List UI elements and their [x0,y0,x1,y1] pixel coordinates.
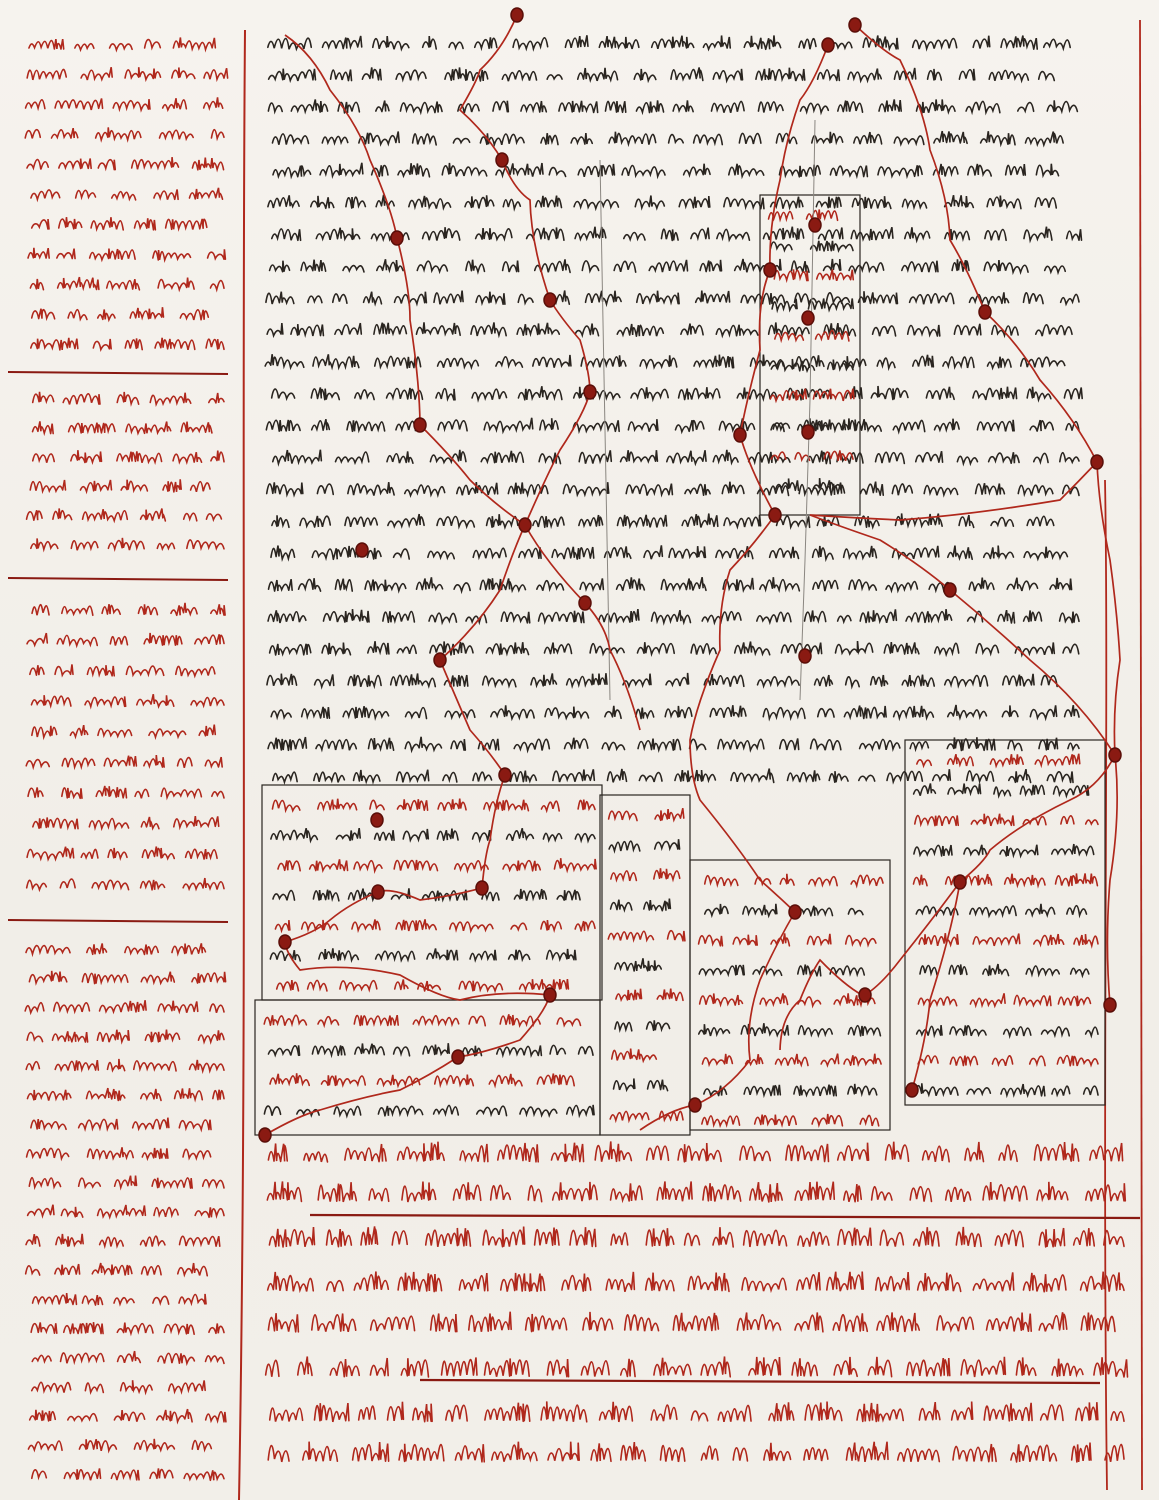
scribble-word [397,645,416,654]
scribble-word [434,1105,459,1114]
scribble-word [27,633,47,645]
scribble-word [1061,816,1074,824]
scribble-word [948,705,987,718]
scribble-word [703,1183,741,1201]
scribble-word [27,160,48,170]
scribble-word [699,935,723,945]
scribble-word [388,514,424,526]
scribble-word [69,423,115,433]
scribble-word [436,389,455,400]
scribble-word [470,950,496,960]
scribble-word [1009,769,1031,782]
scribble-word [1067,229,1082,240]
scribble-word [492,1442,537,1462]
scribble-word [828,360,853,370]
scribble-word [694,355,734,368]
scribble-word [465,195,494,208]
scribble-word [989,70,1028,80]
scribble-word [150,393,191,405]
scribble-word [959,515,974,527]
scribble-word [813,546,834,559]
scribble-word [537,1074,574,1086]
scribble-word [830,166,867,177]
scribble-word [268,610,306,623]
scribble-word [758,677,800,687]
scribble-word [578,800,595,810]
scribble-word [1084,1086,1098,1095]
scribble-word [952,1402,973,1421]
scribble-word [503,261,519,272]
scribble-word [491,1185,511,1200]
scribble-word [459,1273,487,1291]
scribble-word [172,68,195,79]
scribble-word [1027,516,1054,526]
scribble-word [541,920,561,930]
scribble-word [652,610,691,623]
scribble-word [273,450,322,464]
scribble-word [1052,844,1094,854]
scribble-word [108,538,144,550]
scribble-word [753,967,782,976]
scribble-word [917,760,931,766]
scribble-word [916,451,943,462]
scribble-word [108,848,127,858]
scribble-word [981,131,1015,145]
scribble-word [33,818,78,829]
scribble-word [117,392,138,404]
scribble-word [873,326,896,336]
scribble-word [395,292,427,304]
scribble-word [359,1406,376,1420]
scribble-word [377,259,403,271]
route-node-dot [802,311,814,325]
scribble-word [348,675,381,687]
scribble-word [359,131,399,144]
scribble-word [557,890,580,900]
scribble-word [272,515,289,527]
scribble-word [581,1361,609,1377]
scribble-word [1067,906,1087,916]
scribble-word [270,950,300,961]
scribble-word [967,771,994,781]
scribble-word [696,291,730,304]
scribble-word [1058,996,1090,1006]
scribble-word [98,1205,146,1217]
scribble-word [443,773,457,783]
scribble-word [32,726,57,737]
scribble-word [848,69,881,81]
scribble-word [437,517,474,527]
scribble-word [537,581,564,591]
scribble-word [950,1025,986,1035]
scribble-word [580,578,603,589]
scribble-word [565,738,588,749]
scribble-word [813,581,838,592]
scribble-word [871,386,908,399]
scribble-word [60,879,75,888]
scribble-word [371,1316,415,1331]
scribble-word [271,710,291,718]
scribble-word [485,1358,530,1376]
scribble-word [835,641,872,654]
scribble-word [179,1120,211,1130]
scribble-word [144,633,182,645]
scribble-word [498,1143,538,1162]
scribble-word [361,1226,378,1245]
route-node-dot [371,813,383,827]
scribble-word [211,451,224,462]
scribble-word [473,830,491,840]
scribble-word [511,923,527,929]
scribble-word [733,1448,747,1461]
scribble-word [860,1115,878,1125]
scribble-word [1037,1182,1068,1200]
scribble-word [669,546,705,558]
scribble-word [605,546,631,558]
scribble-word [1052,1359,1083,1377]
scribble-word [628,419,658,431]
right-border-line [1140,20,1142,1490]
scribble-word [206,1412,226,1422]
scribble-word [52,128,78,138]
column-divider [239,30,245,1500]
scribble-word [918,997,956,1006]
scribble-word [916,99,955,113]
scribble-word [756,68,805,81]
scribble-word [769,322,809,335]
scribble-word [87,944,107,955]
scribble-word [312,1314,356,1332]
scribble-word [983,1182,1027,1201]
scribble-word [211,130,224,139]
scribble-word [907,1358,950,1376]
scribble-word [153,1296,169,1304]
scribble-word [959,69,974,80]
scribble-word [445,710,475,718]
scribble-word [639,773,662,782]
scribble-word [702,1116,740,1126]
scribble-word [685,484,710,495]
scribble-word [423,36,437,49]
scribble-word [204,68,228,79]
scribble-word [961,1357,1005,1377]
scribble-word [799,39,816,49]
scribble-word [906,609,952,622]
scribble-word [679,196,710,208]
scribble-word [821,1054,839,1066]
scribble-word [431,1314,457,1332]
scribble-word [370,1358,388,1376]
scribble-word [397,770,429,783]
scribble-word [133,1118,169,1130]
scribble-word [466,260,485,272]
scribble-word [322,36,361,49]
scribble-word [130,307,163,318]
scribble-word [149,729,186,737]
scribble-word [278,860,300,870]
scribble-word [417,261,447,271]
scribble-word [88,1147,134,1159]
scribble-word [815,675,833,686]
scribble-word [655,839,680,849]
scribble-word [548,1442,579,1462]
scribble-word [795,1312,823,1331]
scribble-word [805,1402,842,1421]
scribble-word [769,1402,794,1421]
scribble-word [797,1272,820,1290]
scribble-word [636,100,663,112]
scribble-word [368,641,389,654]
scribble-word [180,1236,220,1246]
scribble-word [373,36,409,49]
scribble-word [647,1020,670,1030]
scribble-word [32,1470,47,1479]
scribble-word [318,799,357,810]
scribble-word [848,909,863,915]
scribble-word [833,1313,867,1332]
scribble-word [1074,1228,1095,1246]
scribble-word [681,324,703,335]
scribble-word [826,293,849,303]
scribble-word [1030,705,1056,718]
scribble-word [634,69,656,81]
scribble-word [777,516,810,527]
scribble-word [914,1227,939,1246]
scribble-word [705,904,728,915]
scribble-word [1011,1444,1057,1462]
scribble-word [383,611,415,622]
scribble-word [80,480,111,492]
scribble-word [902,675,934,687]
scribble-word [816,197,841,208]
scribble-word [595,1141,631,1161]
scribble-word [800,103,828,112]
scribble-word [145,1030,179,1042]
scribble-word [711,101,744,112]
scribble-word [541,801,559,811]
route-node-dot [452,1050,464,1064]
scribble-word [86,1088,124,1100]
scribble-word [271,546,295,559]
scribble-word [186,849,217,859]
scribble-word [991,518,1013,527]
scribble-word [737,1312,780,1330]
scribble-word [70,725,87,737]
scribble-word [969,578,994,592]
scribble-word [154,1208,178,1217]
scribble-word [948,754,974,766]
scribble-word [398,1142,445,1161]
route-node-dot [279,935,291,949]
scribble-word [96,786,126,798]
scribble-word [347,420,385,431]
scribble-word [318,1182,356,1202]
scribble-word [61,1353,104,1363]
scribble-word [173,38,215,50]
scribble-word [26,1266,40,1275]
scribble-word [1003,674,1034,686]
scribble-word [654,868,680,879]
scribble-word [976,483,1005,494]
scribble-word [591,1443,611,1461]
scribble-word [666,673,689,686]
scribble-word [455,1444,484,1462]
scribble-word [469,1312,511,1332]
scribble-word [471,322,506,336]
scribble-word [637,642,674,654]
scribble-word [543,833,561,840]
scribble-word [211,604,225,615]
scribble-word [472,389,506,400]
scribble-word [409,196,451,209]
scribble-word [1060,453,1079,463]
scribble-word [476,228,512,239]
scribble-word [153,250,191,260]
scribble-word [579,515,603,526]
scribble-word [621,1359,635,1377]
scribble-word [446,1405,467,1421]
scribble-word [438,799,466,811]
scribble-word [740,1146,770,1161]
scribble-word [31,338,78,350]
scribble-word [637,291,679,304]
scribble-word [473,548,506,558]
scribble-word [1030,420,1053,431]
route-node-dot [1109,748,1121,762]
scribble-word [485,1403,530,1422]
scribble-word [844,1054,881,1065]
scribble-word [902,261,938,273]
scribble-word [486,642,528,654]
scribble-word [519,547,541,558]
scribble-word [27,847,74,860]
scribble-word [945,229,970,240]
scribble-word [859,775,875,781]
scribble-word [31,1322,57,1333]
scribble-word [369,738,394,750]
scribble-word [126,422,171,434]
scribble-word [264,1106,280,1116]
scribble-word [272,800,299,810]
scribble-word [1057,1056,1098,1066]
scribble-word [946,1187,971,1201]
scribble-word [992,1056,1012,1066]
scribble-word [387,451,413,463]
scribble-word [322,136,347,143]
underline [420,1380,1100,1383]
scribble-word [142,847,174,859]
scribble-word [206,1356,224,1364]
scribble-word [744,35,780,49]
scribble-word [682,514,718,528]
scribble-word [61,1207,82,1217]
scribble-word [540,418,558,430]
scribble-word [311,387,339,399]
scribble-word [1052,1086,1070,1095]
scribble-word [355,390,374,400]
scribble-word [575,834,595,841]
scribble-word [760,993,787,1004]
scribble-word [704,674,744,687]
scribble-word [55,664,73,675]
scribble-word [631,387,668,399]
scribble-word [610,1111,649,1120]
scribble-word [691,644,716,655]
scribble-word [1041,1405,1063,1421]
scribble-word [846,936,876,945]
scribble-word [858,291,897,303]
scribble-word [918,1273,961,1292]
scribble-word [83,509,128,521]
scribble-word [62,758,95,767]
scribble-word [807,934,830,945]
scribble-word [100,1000,147,1012]
scribble-word [671,67,703,80]
scribble-word [924,486,957,496]
scribble-word [192,1441,211,1450]
scribble-word [1072,1443,1091,1462]
scribble-word [71,541,98,551]
scribble-word [210,281,224,290]
scribble-word [1086,1027,1098,1036]
scribble-word [26,100,45,109]
scribble-word [125,945,158,955]
scribble-word [579,450,611,463]
scribble-word [268,1045,299,1055]
scribble-word [152,1178,192,1188]
scribble-word [477,1106,507,1115]
scribble-word [1007,578,1037,591]
scribble-word [159,130,193,139]
scribble-word [395,979,408,989]
scribble-word [919,1402,940,1420]
scribble-word [652,36,694,49]
scribble-word [987,1313,1032,1332]
scribble-word [423,1043,449,1054]
scribble-word [30,279,43,290]
scribble-word [660,1446,684,1462]
scribble-word [110,44,133,50]
scribble-word [913,875,927,886]
scribble-word [423,227,460,240]
scribble-word [405,737,441,751]
scribble-word [943,357,974,368]
scribble-word [541,133,558,144]
scribble-word [770,242,792,250]
scribble-word [954,324,980,335]
scribble-word [396,919,436,931]
scribble-word [87,665,114,676]
scribble-word [32,309,55,319]
scribble-word [343,266,364,272]
scribble-word [514,739,549,750]
scribble-word [876,1272,909,1291]
scribble-word [321,1075,365,1085]
scribble-word [315,1403,349,1422]
scribble-word [320,163,363,176]
scribble-word [1061,294,1079,304]
scribble-word [520,1107,557,1115]
scribble-word [268,1272,314,1292]
scribble-word [352,919,380,930]
scribble-word [638,739,680,751]
scribble-word [1035,754,1080,765]
scribble-word [195,634,224,644]
scribble-word [450,922,493,931]
route-node-dot [859,988,871,1002]
scribble-word [818,69,840,80]
scribble-word [722,482,744,494]
